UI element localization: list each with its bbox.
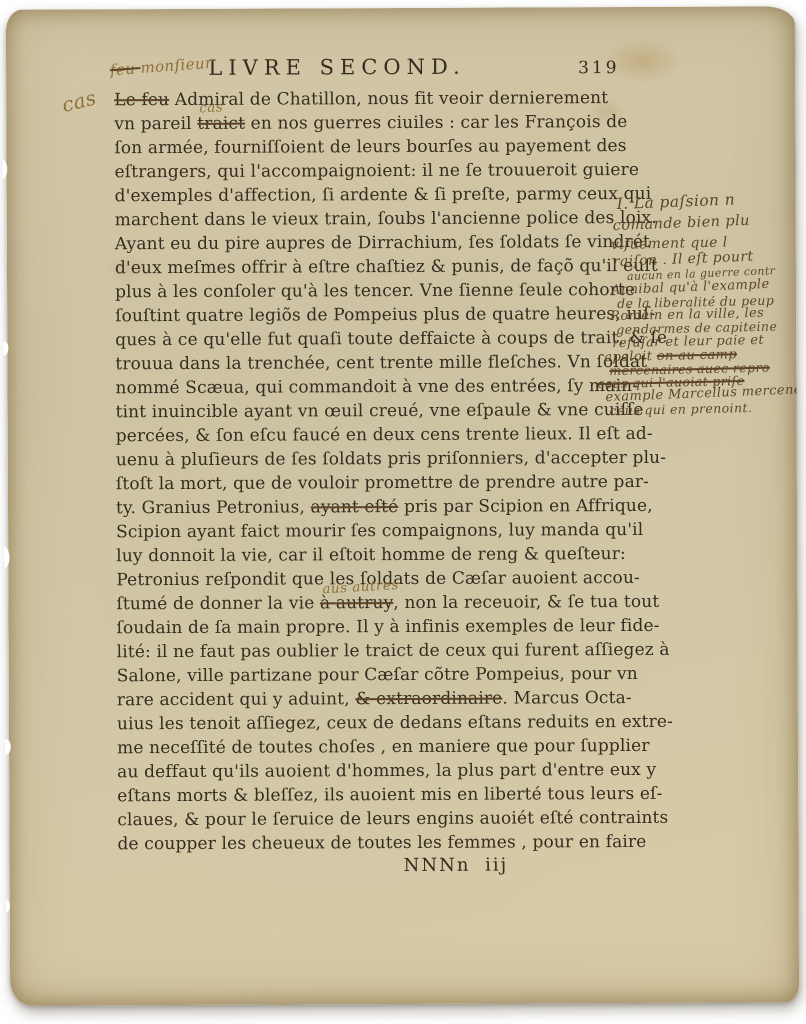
text-segment: cas <box>59 85 98 117</box>
text-segment: luy donnoit la vie, car il eſtoit homme … <box>116 544 626 566</box>
print-line: eſtans morts & bleſſez, ils auoient mis … <box>117 782 631 808</box>
print-line: Scipion ayant faict mourir ſes compaigno… <box>116 518 630 544</box>
text-segment: Scipion ayant faict mourir ſes compaigno… <box>116 520 643 542</box>
struck-text: à autruyaus autres <box>320 593 393 613</box>
print-line: marchent dans le vieux train, ſoubs l'an… <box>115 206 629 232</box>
text-segment: ſon armée, fourniſſoient de leurs bourſe… <box>114 136 626 158</box>
text-segment: ſtoſt la mort, que de vouloir promettre … <box>116 472 649 494</box>
print-line: ſon armée, fourniſſoient de leurs bourſe… <box>114 134 628 160</box>
text-segment: eſtans morts & bleſſez, ils auoient mis … <box>117 784 662 806</box>
text-segment: marchent dans le vieux train, ſoubs l'an… <box>115 208 657 230</box>
print-line: d'eux meſmes offrir à eſtre chaſtiez & p… <box>115 254 629 280</box>
text-segment: uius les tenoit aſſiegez, ceux de dedans… <box>117 712 673 734</box>
text-segment: trouua dans la trenchée, cent trente mil… <box>115 352 647 374</box>
print-line: ty. Granius Petronius, ayant eſté pris p… <box>116 494 630 520</box>
text-segment: ſoudain de ſa main propre. Il y à infini… <box>116 616 659 638</box>
print-line: plus à les conſoler qu'à les tencer. Vne… <box>115 278 629 304</box>
hand-correction: cas <box>199 101 224 116</box>
text-segment: ques à ce qu'elle fut quaſi toute deffai… <box>115 328 667 350</box>
print-line: Salone, ville partizane pour Cæſar cõtre… <box>117 662 631 688</box>
print-line: luy donnoit la vie, car il eſtoit homme … <box>116 542 630 568</box>
struck-text: traictcas <box>197 114 245 134</box>
text-segment: pris par Scipion en Affrique, <box>398 496 652 517</box>
hand-correction: aus autres <box>322 579 399 597</box>
text-segment: Admiral de Chatillon, nous fit veoir der… <box>169 88 608 110</box>
print-line: rare accident qui y aduint, & extraordin… <box>117 686 631 712</box>
print-line: Le feu Admiral de Chatillon, nous fit ve… <box>114 86 628 112</box>
text-segment: percées, & ſon eſcu faucé en deux cens t… <box>116 424 653 446</box>
text-segment: nommé Scæua, qui commandoit à vne des en… <box>115 376 638 398</box>
text-segment: d'exemples d'affection, ſi ardente & ſi … <box>115 184 652 206</box>
print-line: ſouſtint quatre legiõs de Pompeius plus … <box>115 302 629 328</box>
print-line: ſtumé de donner la vie à autruyaus autre… <box>116 590 630 616</box>
margin-note: cas <box>60 87 98 115</box>
text-segment: uenu à pluſieurs de ſes ſoldats pris pri… <box>116 448 666 470</box>
text-segment: d'eux meſmes offrir à eſtre chaſtiez & p… <box>115 256 658 278</box>
print-line: claues, & pour le ſeruice de leurs engin… <box>117 806 631 832</box>
text-segment: plus à les conſoler qu'à les tencer. Vne… <box>115 280 635 302</box>
print-line: tint inuincible ayant vn œuil creué, vne… <box>116 398 630 424</box>
text-segment: ſouſtint quatre legiõs de Pompeius plus … <box>115 304 655 326</box>
book-page: LIVRE SECOND. 319 Le feu Admiral de Chat… <box>6 6 799 1005</box>
text-segment: lité: il ne faut pas oublier le traict d… <box>117 640 670 662</box>
print-line: nommé Scæua, qui commandoit à vne des en… <box>115 374 629 400</box>
print-line: eſtrangers, qui l'accompaignoient: il ne… <box>114 158 628 184</box>
struck-text: ayant eſté <box>311 497 399 517</box>
print-line: percées, & ſon eſcu faucé en deux cens t… <box>116 422 630 448</box>
print-line: ques à ce qu'elle fut quaſi toute deffai… <box>115 326 629 352</box>
text-segment: , non la receuoir, & ſe tua tout <box>393 592 659 613</box>
text-segment: rare accident qui y aduint, <box>117 689 356 710</box>
printer-signature: NNNn iij <box>404 855 509 876</box>
text-segment: me neceſſité de toutes choſes , en manie… <box>117 736 650 758</box>
text-segment: eſtrangers, qui l'accompaignoient: il ne… <box>114 160 639 182</box>
print-line: d'exemples d'affection, ſi ardente & ſi … <box>115 182 629 208</box>
struck-text: Le feu <box>114 90 169 110</box>
struck-text: on au camp <box>657 347 738 364</box>
text-segment: ſtumé de donner la vie <box>116 593 320 614</box>
text-segment: au deffaut qu'ils auoient d'hommes, la p… <box>117 760 656 782</box>
print-line: de coupper les cheueux de toutes les fem… <box>117 830 631 856</box>
page-title: LIVRE SECOND. <box>102 54 572 80</box>
text-segment: tint inuincible ayant vn œuil creué, vne… <box>116 400 644 422</box>
print-line: au deffaut qu'ils auoient d'hommes, la p… <box>117 758 631 784</box>
text-segment: en nos guerres ciuiles : car les Françoi… <box>245 112 627 134</box>
print-line: uius les tenoit aſſiegez, ceux de dedans… <box>117 710 631 736</box>
print-line: me neceſſité de toutes choſes , en manie… <box>117 734 631 760</box>
body-text: Le feu Admiral de Chatillon, nous fit ve… <box>114 86 631 856</box>
print-line: lité: il ne faut pas oublier le traict d… <box>117 638 631 664</box>
text-segment: claues, & pour le ſeruice de leurs engin… <box>117 808 668 830</box>
print-line: trouua dans la trenchée, cent trente mil… <box>115 350 629 376</box>
text-segment: . Marcus Octa- <box>502 688 631 709</box>
text-segment: vn pareil <box>114 114 197 134</box>
text-segment: de coupper les cheueux de toutes les fem… <box>117 832 646 854</box>
print-line: vn pareil traictcas en nos guerres ciuil… <box>114 110 628 136</box>
text-segment: ty. Granius Petronius, <box>116 497 311 518</box>
page-number: 319 <box>578 58 620 78</box>
print-line: ſoudain de ſa main propre. Il y à infini… <box>116 614 630 640</box>
struck-text: & extraordinaire <box>355 689 502 710</box>
text-segment: Ayant eu du pire aupres de Dirrachium, ſ… <box>115 232 650 254</box>
print-line: uenu à pluſieurs de ſes ſoldats pris pri… <box>116 446 630 472</box>
print-line: Ayant eu du pire aupres de Dirrachium, ſ… <box>115 230 629 256</box>
text-segment: Salone, ville partizane pour Cæſar cõtre… <box>117 664 638 686</box>
print-line: ſtoſt la mort, que de vouloir promettre … <box>116 470 630 496</box>
